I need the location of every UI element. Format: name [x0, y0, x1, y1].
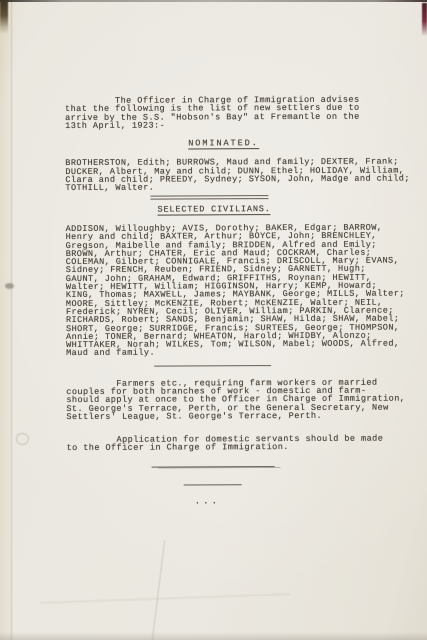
scanned-document-photo: { "page": { "intro_lines": [ " The Offic… [0, 0, 427, 640]
paper-page: The Officer in Charge of Immigration adv… [0, 0, 427, 640]
text-line: to the Officer in Charge of Immigration. [67, 442, 417, 452]
divider-double-rule [150, 195, 268, 200]
paper-crease [40, 594, 290, 604]
section-heading-selected-civilians: SELECTED CIVILIANS. [157, 205, 270, 216]
ink-smudge [16, 433, 29, 445]
text-line: TOTHILL, Walter. [65, 183, 415, 193]
selected-civilians-list: ADDISON, Willoughby; AVIS, Dorothy; BAKE… [66, 223, 417, 357]
application-note-paragraph: Application for domestic servants should… [66, 434, 416, 452]
typewritten-text-block: The Officer in Charge of Immigration adv… [65, 95, 417, 506]
paper-crease [11, 0, 12, 640]
farmers-note-paragraph: Farmers etc., requiring farm workers or … [66, 378, 416, 429]
ink-smudge [5, 283, 14, 289]
corner-mark-right [422, 3, 427, 36]
divider-rule-short [184, 484, 242, 485]
section-heading-nominated: NOMINATED. [188, 139, 259, 150]
scan-bottom-shadow [0, 632, 427, 640]
corner-mark-left [0, 0, 8, 34]
text-line: Maud and family. [66, 348, 416, 358]
intro-paragraph: The Officer in Charge of Immigration adv… [65, 95, 415, 130]
scan-top-edge [0, 0, 427, 2]
paper-crease [152, 540, 165, 639]
divider-rule [152, 466, 275, 468]
nominated-list: BROTHERSTON, Edith; BURROWS, Maud and fa… [65, 158, 415, 193]
end-mark-dots: ... [195, 497, 417, 506]
